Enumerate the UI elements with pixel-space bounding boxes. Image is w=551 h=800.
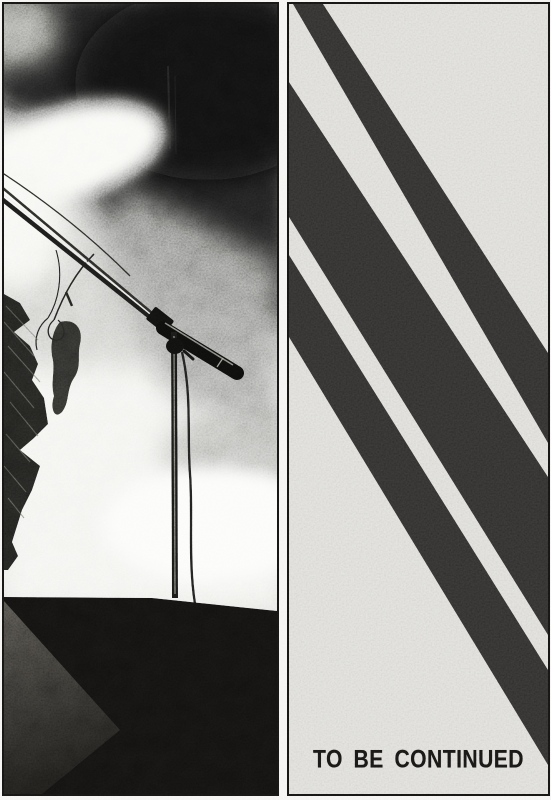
- stage-floor: [4, 597, 277, 794]
- speed-lines-artwork: [289, 4, 548, 794]
- microphone-sky-artwork: [4, 4, 277, 794]
- manga-page: TO BE CONTINUED: [0, 0, 551, 800]
- left-panel: [2, 2, 279, 796]
- to-be-continued-label: TO BE CONTINUED: [305, 748, 533, 773]
- right-panel: TO BE CONTINUED: [287, 2, 550, 796]
